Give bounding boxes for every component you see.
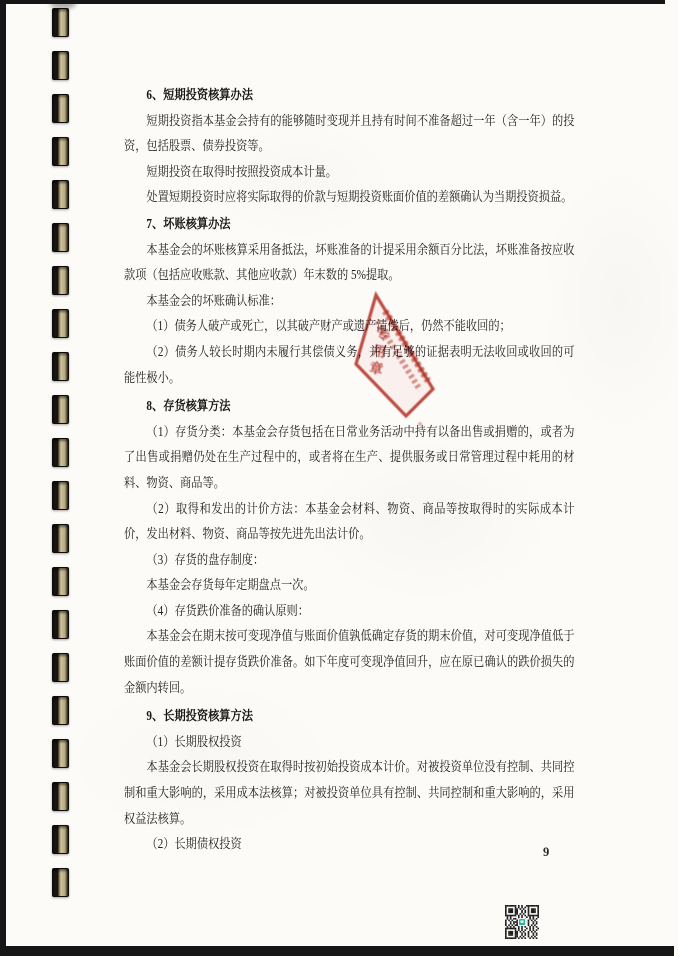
- binding-ring: [52, 438, 69, 467]
- section-heading: 9、长期投资核算方法: [124, 703, 575, 729]
- binding-ring: [52, 782, 69, 811]
- binding-ring: [52, 825, 69, 854]
- document-body: 6、短期投资核算办法 短期投资指本基金会持有的能够随时变现并且持有时间不准备超过…: [124, 82, 575, 857]
- section-long-term-investment: 9、长期投资核算方法 （1）长期股权投资 本基金会长期股权投资在取得时按初始投资…: [124, 703, 575, 857]
- scan-edge-bottom: [0, 946, 674, 956]
- paragraph: （4）存货跌价准备的确认原则：: [124, 598, 575, 624]
- paragraph: （1）长期股权投资: [124, 729, 575, 755]
- paragraph: （2）债务人较长时期内未履行其偿债义务，并有足够的证据表明无法收回或收回的可能性…: [124, 339, 575, 390]
- binding-ring: [52, 352, 69, 381]
- section-inventory: 8、存货核算方法 （1）存货分类：本基金会存货包括在日常业务活动中持有以备出售或…: [124, 393, 575, 700]
- scan-edge-left: [0, 0, 6, 956]
- binding-ring: [52, 8, 69, 37]
- binding-ring: [52, 567, 69, 596]
- paragraph: （2）取得和发出的计价方法：本基金会材料、物资、商品等按取得时的实际成本计价，发…: [124, 496, 575, 547]
- binding-ring: [52, 653, 69, 682]
- paragraph: （2）长期债权投资: [124, 831, 575, 857]
- section-heading: 6、短期投资核算办法: [124, 82, 575, 108]
- binding-ring: [52, 51, 69, 80]
- binding-ring: [52, 309, 69, 338]
- paragraph: 本基金会在期末按可变现净值与账面价值孰低确定存货的期末价值，对可变现净值低于账面…: [124, 623, 575, 700]
- binding-ring: [52, 868, 69, 897]
- binding-ring: [52, 266, 69, 295]
- paragraph: 本基金会长期股权投资在取得时按初始投资成本计价。对被投资单位没有控制、共同控制和…: [124, 754, 575, 831]
- binding-ring: [52, 395, 69, 424]
- page-number: 9: [543, 845, 549, 860]
- paragraph: 本基金会的坏账核算采用备抵法，坏账准备的计提采用余额百分比法，坏账准备按应收款项…: [124, 237, 575, 288]
- binding-ring: [52, 524, 69, 553]
- binding-ring: [52, 223, 69, 252]
- paragraph: 本基金会存货每年定期盘点一次。: [124, 572, 575, 598]
- binding-ring: [52, 610, 69, 639]
- section-heading: 7、坏账核算办法: [124, 211, 575, 237]
- section-heading: 8、存货核算方法: [124, 393, 575, 419]
- paragraph: 处置短期投资时应将实际取得的价款与短期投资账面价值的差额确认为当期投资损益。: [124, 184, 575, 210]
- section-short-term-investment: 6、短期投资核算办法 短期投资指本基金会持有的能够随时变现并且持有时间不准备超过…: [124, 82, 575, 210]
- qr-code-icon: [505, 905, 539, 939]
- binding-ring: [52, 180, 69, 209]
- paragraph: 短期投资在取得时按照投资成本计量。: [124, 159, 575, 185]
- binding-ring: [52, 696, 69, 725]
- section-bad-debt: 7、坏账核算办法 本基金会的坏账核算采用备抵法，坏账准备的计提采用余额百分比法，…: [124, 211, 575, 390]
- scanned-page: 6、短期投资核算办法 短期投资指本基金会持有的能够随时变现并且持有时间不准备超过…: [0, 0, 678, 956]
- binding-ring: [52, 481, 69, 510]
- paragraph: （1）债务人破产或死亡，以其破产财产或遗产清偿后，仍然不能收回的；: [124, 313, 575, 339]
- paragraph: （3）存货的盘存制度：: [124, 547, 575, 573]
- binding-ring: [52, 137, 69, 166]
- paragraph: 短期投资指本基金会持有的能够随时变现并且持有时间不准备超过一年（含一年）的投资，…: [124, 108, 575, 159]
- paragraph: （1）存货分类：本基金会存货包括在日常业务活动中持有以备出售或捐赠的，或者为了出…: [124, 419, 575, 496]
- scan-edge-top: [0, 0, 665, 4]
- binding-ring: [52, 739, 69, 768]
- paragraph: 本基金会的坏账确认标准：: [124, 288, 575, 314]
- binding-ring: [52, 94, 69, 123]
